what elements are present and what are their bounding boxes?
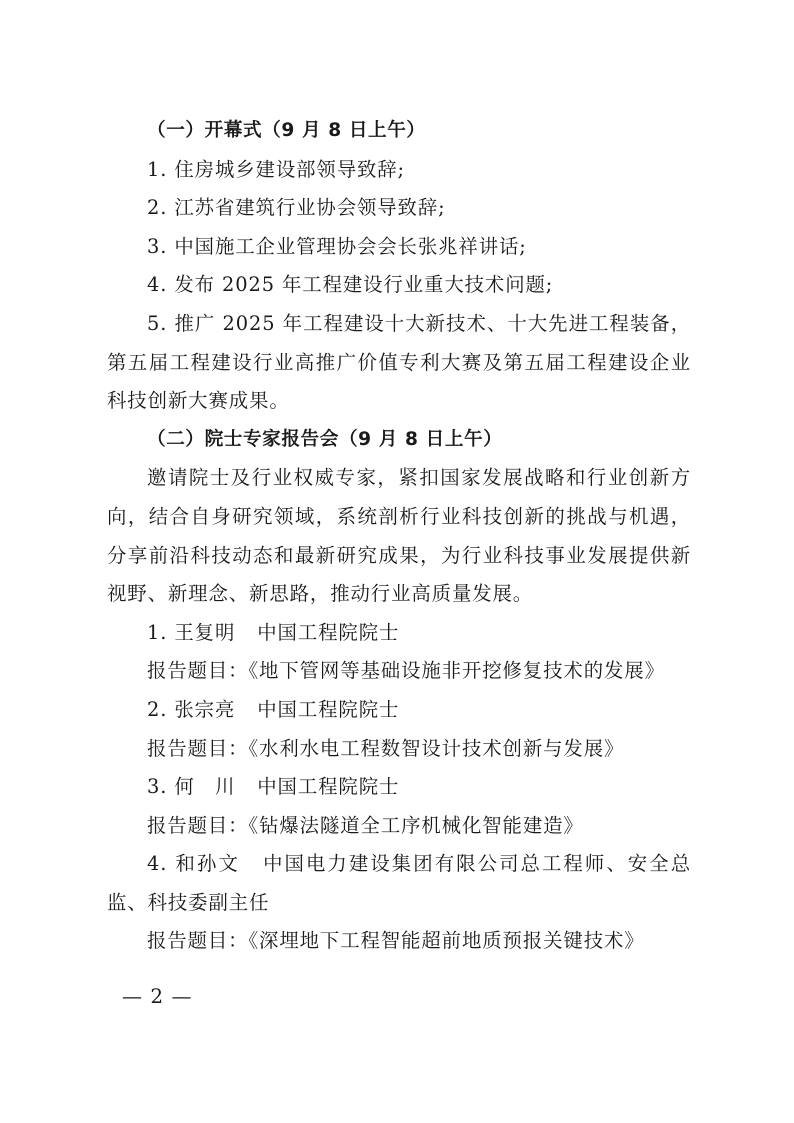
report-title-line: 报告题目：《钻爆法隧道全工序机械化智能建造》	[107, 807, 691, 846]
report-title: 《钻爆法隧道全工序机械化智能建造》	[248, 814, 583, 837]
speaker-name: 3. 何 川	[147, 775, 235, 798]
speaker-entry: 3. 何 川中国工程院院士	[107, 768, 691, 807]
report-title-line: 报告题目：《深埋地下工程智能超前地质预报关键技术》	[107, 922, 691, 961]
report-title: 《水利水电工程数智设计技术创新与发展》	[248, 737, 624, 760]
list-item: 1. 住房城乡建设部领导致辞;	[107, 151, 691, 190]
speaker-title: 中国工程院院士	[257, 698, 399, 721]
speaker-title: 中国工程院院士	[257, 621, 399, 644]
speaker-entry: 1. 王复明中国工程院院士	[107, 614, 691, 653]
section-heading-expert-report: （二）院士专家报告会（9 月 8 日上午）	[107, 421, 691, 460]
document-page: （一）开幕式（9 月 8 日上午） 1. 住房城乡建设部领导致辞; 2. 江苏省…	[107, 112, 691, 961]
list-item: 3. 中国施工企业管理协会会长张兆祥讲话;	[107, 228, 691, 267]
report-title: 《深埋地下工程智能超前地质预报关键技术》	[248, 929, 644, 952]
intro-paragraph: 邀请院士及行业权威专家，紧扣国家发展战略和行业创新方向，结合自身研究领域，系统剖…	[107, 459, 691, 613]
speaker-name: 4. 和孙文	[147, 852, 240, 875]
report-title: 《地下管网等基础设施非开挖修复技术的发展》	[248, 659, 664, 682]
speaker-name: 1. 王复明	[147, 621, 235, 644]
report-label: 报告题目：	[147, 929, 248, 952]
list-item: 2. 江苏省建筑行业协会领导致辞;	[107, 189, 691, 228]
speaker-entry: 2. 张宗亮中国工程院院士	[107, 691, 691, 730]
list-item: 5. 推广 2025 年工程建设十大新技术、十大先进工程装备，第五届工程建设行业…	[107, 305, 691, 421]
section-heading-opening-ceremony: （一）开幕式（9 月 8 日上午）	[107, 112, 691, 151]
report-label: 报告题目：	[147, 737, 248, 760]
report-label: 报告题目：	[147, 814, 248, 837]
report-label: 报告题目：	[147, 659, 248, 682]
speaker-name: 2. 张宗亮	[147, 698, 235, 721]
report-title-line: 报告题目：《地下管网等基础设施非开挖修复技术的发展》	[107, 652, 691, 691]
page-number: — 2 —	[122, 981, 192, 1011]
speaker-entry: 4. 和孙文中国电力建设集团有限公司总工程师、安全总监、科技委副主任	[107, 845, 691, 922]
speaker-title: 中国工程院院士	[257, 775, 399, 798]
list-item: 4. 发布 2025 年工程建设行业重大技术问题;	[107, 266, 691, 305]
report-title-line: 报告题目：《水利水电工程数智设计技术创新与发展》	[107, 730, 691, 769]
